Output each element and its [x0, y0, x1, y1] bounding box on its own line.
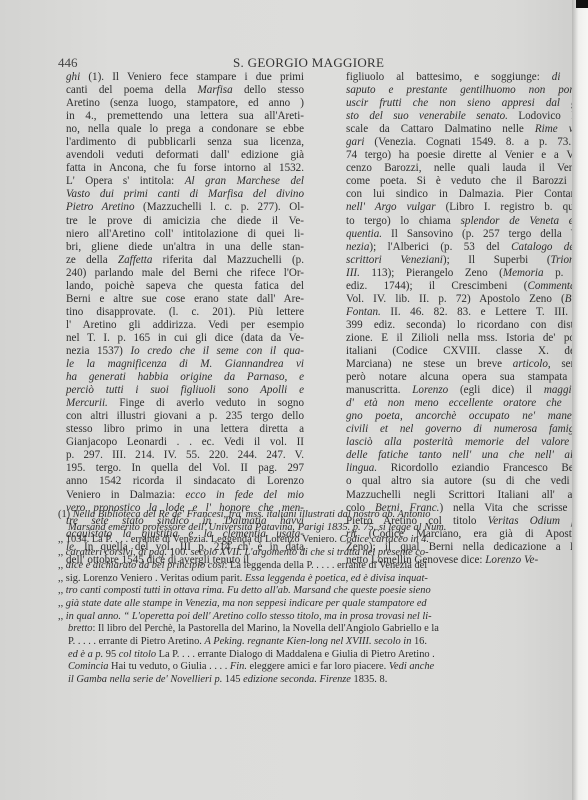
text-line: tre le prove di amicizia che diede il Ve… [66, 215, 304, 228]
italic-run: il Gamba nella serie de' Novellieri p. [68, 674, 222, 685]
text-line: perciò tutti i suoi figliuoli sono Apoll… [66, 384, 304, 397]
text-line: scrittori Veneziani); Il Superbi (Trionf… [346, 254, 586, 267]
text-line: con altri illustri giovani a p. 235 terg… [66, 410, 304, 423]
book-page: 446 S. GEORGIO MAGGIORE ghi (1). Il Veni… [0, 0, 572, 800]
italic-run: Nella Biblioteca del Re de' Francesi, fr… [73, 509, 431, 520]
text-run: stesso libro primo in una lettera dirett… [66, 423, 304, 435]
text-run: ,, [58, 611, 66, 622]
text-run: anno 1542 ricorda il sindacato di Lorenz… [66, 475, 304, 487]
text-run: Gianjacopo Leonardi . . ec. Vedi il vol.… [66, 436, 304, 448]
text-run: come poeta. Si è veduto che il Barozzi f… [346, 175, 586, 187]
text-line: però notare alcuna opera sua stampata o [346, 371, 586, 384]
page-header: 446 S. GEORGIO MAGGIORE [58, 55, 548, 71]
text-line: Veniero in Dalmazia: ecco in fede del mi… [66, 489, 304, 502]
text-run: Hai tu veduto, o Giulia . . . . [108, 661, 230, 672]
italic-run: splendor de Veneta elo- [461, 215, 586, 227]
italic-run: Marsand emerito professore dell' Univers… [68, 522, 446, 533]
text-line: manuscritta. Lorenzo (egli dice) il magg… [346, 384, 586, 397]
italic-run: quentia. [346, 228, 382, 240]
text-run: : Il libro del Perchè, la Pastorella del… [92, 623, 438, 634]
text-run: ,, 1034. La P. . . . errante di Venezia.… [58, 534, 340, 545]
italic-run: le la magnificenza di M. Giannandrea vi [66, 358, 304, 370]
footnote-line: ,, in qual anno. “ L'operetta poi dell' … [58, 611, 558, 624]
text-run: ,, [58, 560, 66, 571]
text-run: 16. [411, 636, 427, 647]
italic-run: Al gran Marchese del [185, 175, 304, 187]
text-run: riferita dal Mazzuchelli (p. [152, 254, 304, 266]
text-line: Fontan. II. 46. 82. 83. e Lettere T. III… [346, 306, 586, 319]
footnote-line: Marsand emerito professore dell' Univers… [58, 522, 558, 535]
text-line: civili et nel governo di numerosa famigl… [346, 423, 586, 436]
text-run: Ricordollo eziandio Francesco Berni [377, 462, 586, 474]
italic-run: secolo XVII. L'argomento di che si tratt… [191, 547, 429, 558]
text-line: con lui sindico in Dalmazia. Pier Contar… [346, 188, 586, 201]
italic-run: Pietro Aretino [66, 201, 135, 213]
footnote-line: ,, sig. Lorenzo Veniero . Veritas odium … [58, 573, 558, 586]
scan-corner [576, 0, 588, 8]
text-line: to tergo) lo chiama splendor de Veneta e… [346, 215, 586, 228]
italic-run: articolo [513, 358, 548, 370]
text-run: però notare alcuna opera sua stampata o [346, 371, 586, 383]
italic-run: Lorenzo [412, 384, 448, 396]
italic-run: già state date alle stampe in Venezia, m… [66, 598, 427, 609]
italic-run: gno poeta, ancorchè occupato ne' maneggi [346, 410, 586, 422]
footnote-line: ,, già state date alle stampe in Venezia… [58, 598, 558, 611]
text-run: dello stesso [233, 84, 304, 96]
text-run: ,, sig. Lorenzo Veniero . Veritas odium … [58, 573, 245, 584]
text-run: 240) parlando male del Berni che rifece … [66, 267, 304, 279]
text-line: L' Opera s' intitola: Al gran Marchese d… [66, 175, 304, 188]
text-run: La P. . . . errante Dialogo di Maddalena… [156, 649, 435, 660]
text-line: canti del poema della Marfisa dello stes… [66, 84, 304, 97]
text-run: (1) [58, 509, 73, 520]
text-run: canti del poema della [66, 84, 198, 96]
text-line: come poeta. Si è veduto che il Barozzi f… [346, 175, 586, 188]
footnote-line: il Gamba nella serie de' Novellieri p. 1… [58, 674, 558, 687]
text-line: Mercurii. Finge di averlo veduto in sogn… [66, 397, 304, 410]
italic-run: civili et nel governo di numerosa famigl… [346, 423, 586, 435]
footnote-line: ,, caratteri corsivi, di pag. 100. secol… [58, 547, 558, 560]
text-run: figliuolo al battesimo, e soggiunge: [346, 71, 552, 83]
text-run: manuscritta. [346, 384, 412, 396]
text-run: l' Aretino gli addirizza. Vedi per esemp… [66, 319, 304, 331]
text-line: stesso libro primo in una lettera dirett… [66, 423, 304, 436]
italic-run: Mercurii. [66, 397, 108, 409]
text-run: Vol. IV. lib. II. p. 72) Apostolo Zeno ( [346, 293, 565, 305]
text-run: Aretino (senza luogo, stampatore, ed ann… [66, 97, 304, 109]
text-line: quentia. Il Sansovino (p. 257 tergo dell… [346, 228, 586, 241]
text-line: sto del suo venerabile senato. Lodovico … [346, 110, 586, 123]
italic-run: ha generati habbia origine da Parnaso, e [66, 371, 304, 383]
italic-run: scrittori Veneziani [346, 254, 443, 266]
text-run: tre le prove di amicizia che diede il Ve… [66, 215, 304, 227]
italic-run: col titolo [119, 649, 156, 660]
text-line: gari (Venezia. Cognati 1549. 8. a p. 73.… [346, 136, 586, 149]
text-line: 74 tergo) ha poesie dirette al Venier e … [346, 149, 586, 162]
italic-run: Fontan. [346, 306, 381, 318]
italic-run: Zaffetta [118, 254, 153, 266]
text-run: avendoli veduti deformati dall' edizione… [66, 149, 304, 161]
footnote-line: Comincia Hai tu veduto, o Giulia . . . .… [58, 661, 558, 674]
text-line: bri, gliene diede un'altra in una delle … [66, 241, 304, 254]
italic-run: tro canti composti tutti in ottava rima.… [66, 585, 431, 596]
italic-run: edizione seconda. Firenze [243, 674, 351, 685]
text-line: zione. E il Zilioli nella mss. Istoria d… [346, 332, 586, 345]
text-run: 1835. 8. [351, 674, 387, 685]
footnote-line: P. . . . . errante di Pietro Aretino. A … [58, 636, 558, 649]
italic-run: Vasto dui primi canti di Marfisa del div… [66, 188, 304, 200]
text-run: l'ardimento di pubblicarli senza sua lic… [66, 136, 304, 148]
text-run: (Mazzuchelli l. c. p. 277). Ol- [135, 201, 304, 213]
text-line: nell' Argo vulgar (Libro I. registro b. … [346, 201, 586, 214]
text-run: zione. E il Zilioli nella mss. Istoria d… [346, 332, 586, 344]
text-line: lingua. Ricordollo eziandio Francesco Be… [346, 462, 586, 475]
text-line: l' Aretino gli addirizza. Vedi per esemp… [66, 319, 304, 332]
text-line: 399 ediz. seconda) lo ricordano con dist… [346, 319, 586, 332]
text-line: avendoli veduti deformati dall' edizione… [66, 149, 304, 162]
footnotes: (1) Nella Biblioteca del Re de' Francesi… [58, 509, 558, 687]
text-line: delle fatiche tanto nell' una che nell' … [346, 449, 586, 462]
text-run: 399 ediz. seconda) lo ricordano con dist… [346, 319, 586, 331]
text-line: o qual altro sia autore (su di che vedi … [346, 475, 586, 488]
text-line: uscir frutti che non sieno appresi dal g… [346, 97, 586, 110]
text-line: p. 297. III. 214. IV. 55. 220. 244. 247.… [66, 449, 304, 462]
text-run: (Venezia. Cognati 1549. 8. a p. 73. e [365, 136, 587, 148]
text-run: 113); Pierangelo Zeno ( [360, 267, 503, 279]
text-line: 240) parlando male del Berni che rifece … [66, 267, 304, 280]
text-run: cenzo Barozzi, nelle quali lauda il Veni… [346, 162, 586, 174]
italic-run: Vedi anche [389, 661, 434, 672]
text-line: Aretino (senza luogo, stampatore, ed ann… [66, 97, 304, 110]
footnote-line: ,, dice è dichiarato da bel principio co… [58, 560, 558, 573]
text-run: ); l'Alberici (p. 53 del [369, 241, 511, 253]
text-line: cenzo Barozzi, nelle quali lauda il Veni… [346, 162, 586, 175]
text-run: eleggere amici e far loro piacere. [247, 661, 389, 672]
text-run: 74 tergo) ha poesie dirette al Venier e … [346, 149, 586, 161]
italic-run: III. [346, 267, 360, 279]
text-line: le la magnificenza di M. Giannandrea vi [66, 358, 304, 371]
text-line: no, nella quale lo prega a condonare se … [66, 123, 304, 136]
running-head: S. GEORGIO MAGGIORE [233, 55, 384, 71]
text-line: Berni e altre sue cose erano state dall'… [66, 293, 304, 306]
text-run: Veniero in Dalmazia: [66, 489, 185, 501]
italic-run: ed è a p. [68, 649, 103, 660]
text-run: Berni e altre sue cose erano state dall'… [66, 293, 304, 305]
italic-run: ecco in fede del mio [185, 489, 304, 501]
italic-run: lasciò alla posterità memorie del valore… [346, 436, 586, 448]
text-line: III. 113); Pierangelo Zeno (Memoria p. 9… [346, 267, 586, 280]
text-run: Marciana) ne stese un breve [346, 358, 513, 370]
footnote-line: bretto: Il libro del Perchè, la Pastorel… [58, 623, 558, 636]
italic-run: nell' Argo vulgar [346, 201, 436, 213]
text-line: saputo e prestante gentilhuomo non ponno [346, 84, 586, 97]
text-run: (Libro I. registro b. quin- [436, 201, 586, 213]
text-run: tino disapprovate. (l. c. 201). Più lett… [66, 306, 304, 318]
text-run: in 4., premettendo una lettera sua all'A… [66, 110, 304, 122]
text-line: ha generati habbia origine da Parnaso, e [66, 371, 304, 384]
italic-run: A Peking. regnante Kien-long nel XVIII. … [205, 636, 412, 647]
text-line: Marciana) ne stese un breve articolo, se… [346, 358, 586, 371]
text-run: bri, gliene diede un'altra in una delle … [66, 241, 304, 253]
text-line: anno 1542 ricorda il sindacato di Lorenz… [66, 475, 304, 488]
body-column-left: ghi (1). Il Veniero fece stampare i due … [66, 71, 304, 567]
text-line: nel T. I. p. 165 in cui gli dice (data d… [66, 332, 304, 345]
text-run: nezia 1537) [66, 345, 130, 357]
italic-run: Io credo che il seme con il qua- [130, 345, 304, 357]
text-run: p. 297. III. 214. IV. 55. 220. 244. 247.… [66, 449, 304, 461]
text-line: gno poeta, ancorchè occupato ne' maneggi [346, 410, 586, 423]
italic-run: caratteri corsivi, di pag. [66, 547, 167, 558]
italic-run: gari [346, 136, 365, 148]
italic-run: Fin. [230, 661, 247, 672]
text-line: lando, poichè sapeva che questa fatica d… [66, 280, 304, 293]
text-run: o qual altro sia autore (su di che vedi … [346, 475, 586, 487]
text-run: Il Sansovino (p. 257 tergo della Ve- [382, 228, 586, 240]
text-line: Mazzuchelli negli Scrittori Italiani all… [346, 489, 586, 502]
text-run: scale da Cattaro Dalmatino nelle [346, 123, 535, 135]
italic-run: lingua. [346, 462, 377, 474]
text-line: d' età non meno eccellente oratore che d… [346, 397, 586, 410]
italic-run: saputo e prestante gentilhuomo non ponno [346, 84, 586, 96]
text-run: ,, [58, 598, 66, 609]
italic-run: in qual anno. “ L'operetta poi dell' Are… [66, 611, 432, 622]
body-column-right: figliuolo al battesimo, e soggiunge: di … [346, 71, 586, 567]
footnote-line: ,, tro canti composti tutti in ottava ri… [58, 585, 558, 598]
italic-run: Essa leggenda è poetica, ed è divisa inq… [245, 573, 428, 584]
text-run: to tergo) lo chiama [346, 215, 461, 227]
text-run: (1). Il Veniero fece stampare i due prim… [80, 71, 304, 83]
text-line: fatta in Ancona, che fu forse intorno al… [66, 162, 304, 175]
text-line: in 4., premettendo una lettera sua all'A… [66, 110, 304, 123]
text-line: ghi (1). Il Veniero fece stampare i due … [66, 71, 304, 84]
italic-run: d' età non meno eccellente oratore che d… [346, 397, 586, 409]
text-line: ediz. 1744); il Crescimbeni (Commentarii [346, 280, 586, 293]
italic-run: Comincia [68, 661, 108, 672]
text-run: lando, poichè sapeva che questa fatica d… [66, 280, 304, 292]
text-run: II. 46. 82. 83. e Lettere T. III. p. [381, 306, 586, 318]
italic-run: Marfisa [198, 84, 233, 96]
page-number: 446 [58, 55, 78, 71]
text-run: 95 [103, 649, 119, 660]
text-run: : La leggenda della P. . . . . errante d… [225, 560, 428, 571]
footnote-line: (1) Nella Biblioteca del Re de' Francesi… [58, 509, 558, 522]
text-run: Finge di averlo veduto in sogno [108, 397, 304, 409]
footnote-line: ed è a p. 95 col titolo La P. . . . erra… [58, 649, 558, 662]
text-run: nel T. I. p. 165 in cui gli dice (data d… [66, 332, 304, 344]
text-line: Pietro Aretino (Mazzuchelli l. c. p. 277… [66, 201, 304, 214]
text-line: italiani (Codice CXVIII. classe X. della [346, 345, 586, 358]
text-run: ,, [58, 547, 66, 558]
italic-run: uscir frutti che non sieno appresi dal g… [346, 97, 586, 109]
text-line: Gianjacopo Leonardi . . ec. Vedi il vol.… [66, 436, 304, 449]
text-run: 195. tergo. In quella del Vol. II pag. 2… [66, 462, 304, 474]
text-run: P. . . . . errante di Pietro Aretino. [68, 636, 205, 647]
text-run: ); Il Superbi ( [443, 254, 551, 266]
italic-run: nezia [346, 241, 369, 253]
italic-run: Codice cartaceo in 4. [340, 534, 429, 545]
text-line: ze della Zaffetta riferita dal Mazzuchel… [66, 254, 304, 267]
text-run: L' Opera s' intitola: [66, 175, 185, 187]
text-run: niero all'Aretino coll' intitolazione di… [66, 228, 304, 240]
text-line: niero all'Aretino coll' intitolazione di… [66, 228, 304, 241]
text-run: con lui sindico in Dalmazia. Pier Contar… [346, 188, 586, 200]
italic-run: dice è dichiarato da bel principio così [66, 560, 225, 571]
text-run: con altri illustri giovani a p. 235 terg… [66, 410, 304, 422]
text-run: ,, [58, 585, 66, 596]
text-line: scale da Cattaro Dalmatino nelle Rime vu… [346, 123, 586, 136]
footnote-line: ,, 1034. La P. . . . errante di Venezia.… [58, 534, 558, 547]
text-line: figliuolo al battesimo, e soggiunge: di … [346, 71, 586, 84]
italic-run: ghi [66, 71, 80, 83]
text-line: lasciò alla posterità memorie del valore… [346, 436, 586, 449]
text-line: l'ardimento di pubblicarli senza sua lic… [66, 136, 304, 149]
text-line: nezia 1537) Io credo che il seme con il … [66, 345, 304, 358]
italic-run: delle fatiche tanto nell' una che nell' … [346, 449, 586, 461]
italic-run: bretto [68, 623, 92, 634]
text-line: nezia); l'Alberici (p. 53 del Catalogo d… [346, 241, 586, 254]
text-run: fatta in Ancona, che fu forse intorno al… [66, 162, 304, 174]
text-line: Vol. IV. lib. II. p. 72) Apostolo Zeno (… [346, 293, 586, 306]
text-line: 195. tergo. In quella del Vol. II pag. 2… [66, 462, 304, 475]
page-edge [572, 0, 588, 800]
italic-run: sto del suo venerabile senato. [346, 110, 508, 122]
text-run: (egli dice) il [448, 384, 544, 396]
text-run: Mazzuchelli negli Scrittori Italiani all… [346, 489, 586, 501]
text-run: italiani (Codice CXVIII. classe X. della [346, 345, 586, 357]
text-line: Vasto dui primi canti di Marfisa del div… [66, 188, 304, 201]
italic-run: perciò tutti i suoi figliuoli sono Apoll… [66, 384, 304, 396]
text-run: no, nella quale lo prega a condonare se … [66, 123, 304, 135]
text-run: 100. [167, 547, 190, 558]
text-line: tino disapprovate. (l. c. 201). Più lett… [66, 306, 304, 319]
italic-run: Memoria [503, 267, 544, 279]
text-run: 145 [222, 674, 243, 685]
text-run: ediz. 1744); il Crescimbeni ( [346, 280, 527, 292]
text-run: ze della [66, 254, 118, 266]
